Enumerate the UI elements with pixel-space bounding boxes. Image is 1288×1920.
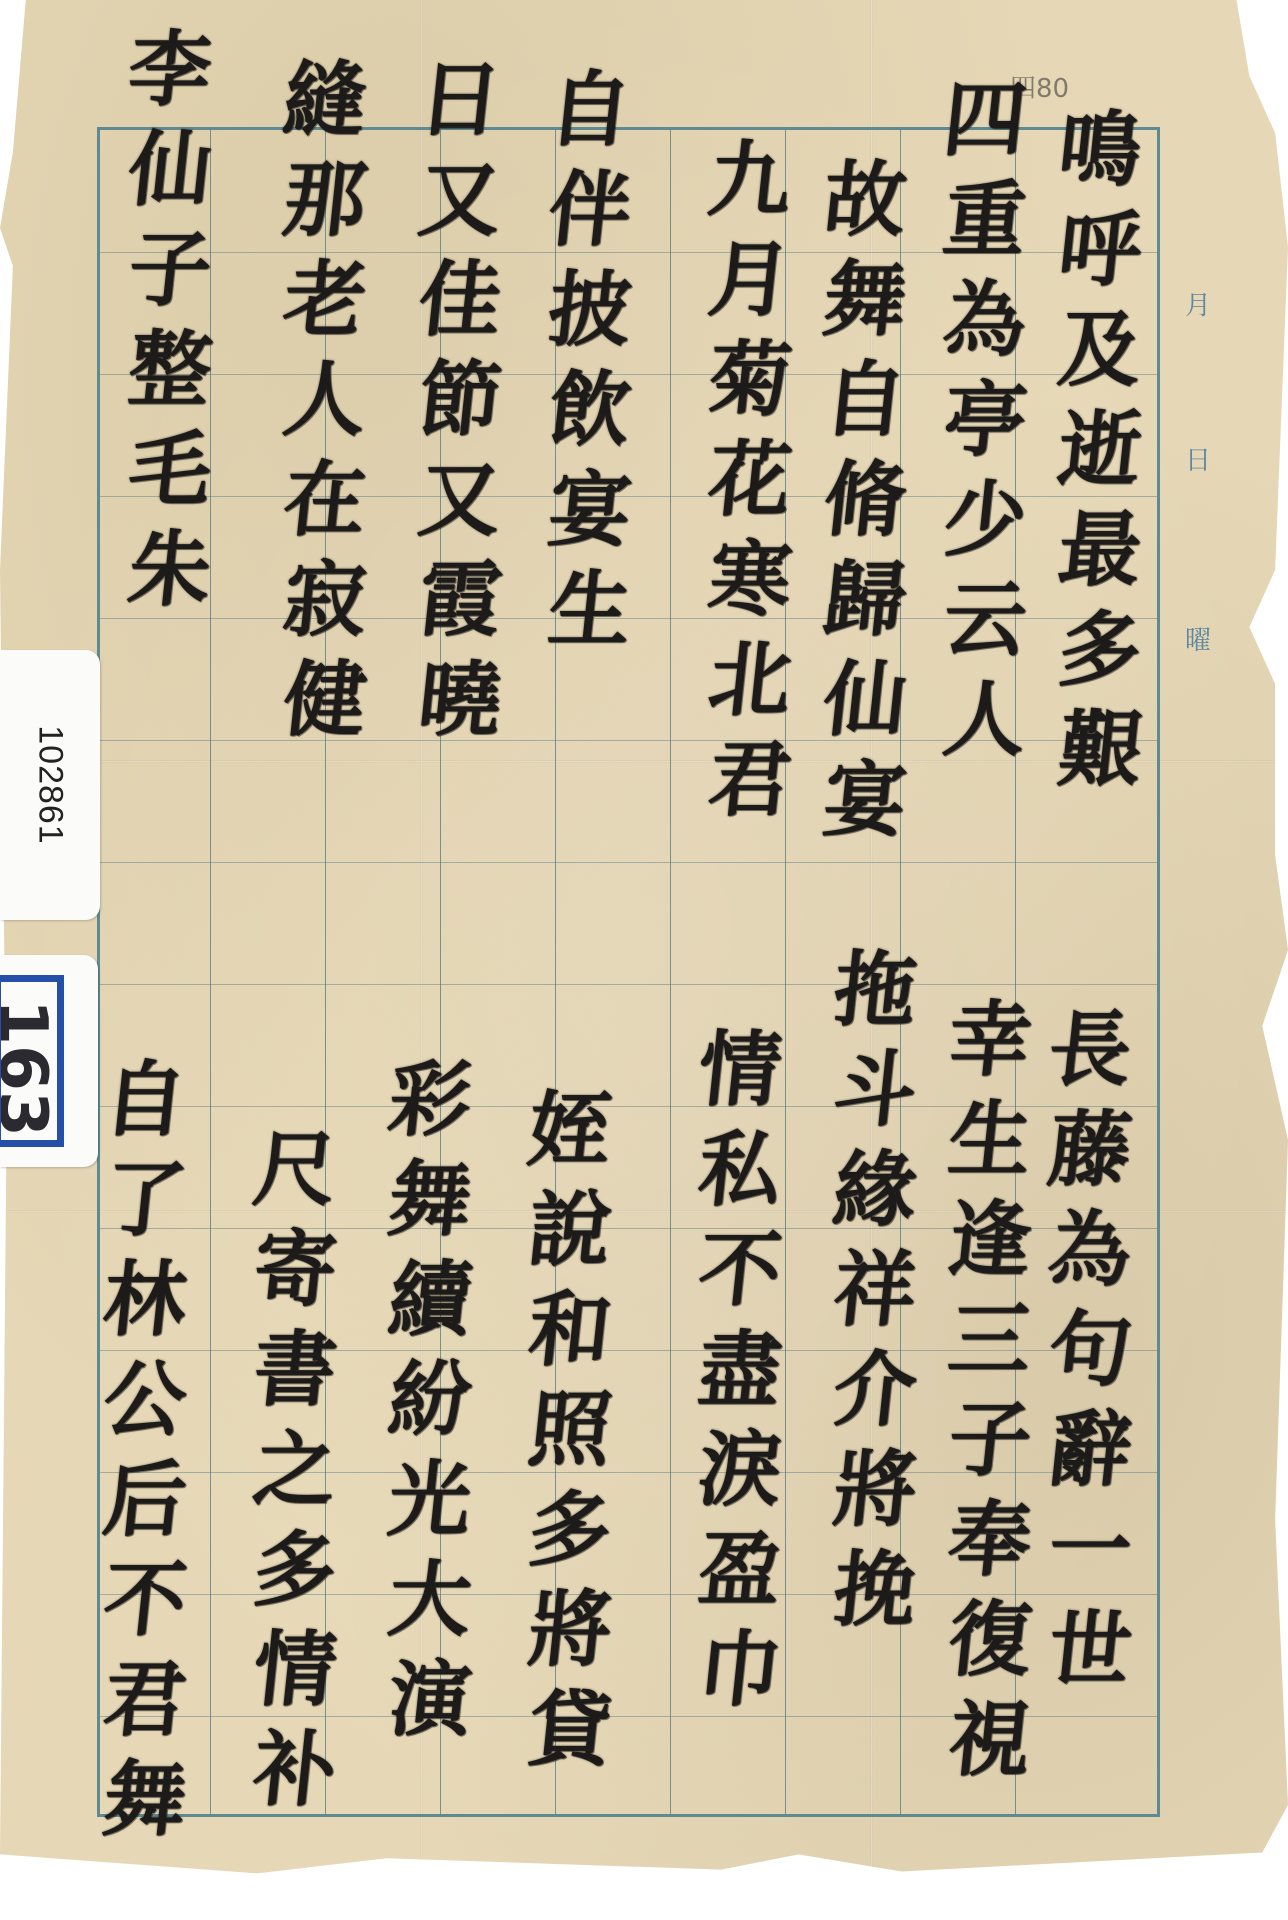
- handwritten-character: 奉: [944, 1490, 1037, 1590]
- handwritten-character: 自: [819, 350, 912, 450]
- handwritten-character: 縫: [279, 50, 372, 150]
- handwritten-character: 舞: [99, 1750, 192, 1850]
- handwritten-character: 將: [524, 1580, 617, 1680]
- handwritten-character: 斗: [829, 1040, 922, 1140]
- handwritten-character: 霞: [414, 550, 507, 650]
- handwritten-character: 日: [414, 50, 507, 150]
- handwritten-character: 情: [249, 1620, 342, 1720]
- handwritten-character: 多: [249, 1520, 342, 1620]
- handwritten-character: 幸: [944, 990, 1037, 1090]
- handwritten-column: 縫那老人在寂健: [275, 50, 375, 750]
- handwritten-column: 幸生逢三子奉復視: [940, 990, 1040, 1790]
- handwritten-character: 亭: [939, 370, 1032, 470]
- handwritten-character: 祥: [829, 1240, 922, 1340]
- paper-sheet: 四80 月 日 曜 鳴呼及逝最多艱 四重為亭少云人 故舞自脩歸仙宴 九月菊花寒北…: [0, 0, 1288, 1900]
- handwritten-character: 曉: [414, 650, 507, 750]
- handwritten-character: 貸: [524, 1680, 617, 1780]
- handwritten-character: 宴: [544, 460, 637, 560]
- handwritten-character: 仙: [819, 650, 912, 750]
- handwritten-character: 拖: [829, 940, 922, 1040]
- handwritten-column: 鳴呼及逝最多艱: [1050, 100, 1150, 800]
- handwritten-character: 一: [1044, 1500, 1137, 1600]
- handwritten-character: 在: [279, 450, 372, 550]
- item-number-label: 163: [0, 955, 98, 1167]
- handwritten-column: 情私不盡淚盈巾: [690, 1020, 790, 1720]
- handwritten-character: 情: [694, 1020, 787, 1120]
- handwritten-character: 多: [524, 1480, 617, 1580]
- handwritten-character: 李: [124, 20, 217, 120]
- handwritten-character: 花: [704, 430, 797, 530]
- handwritten-character: 最: [1054, 500, 1147, 600]
- handwritten-character: 又: [414, 450, 507, 550]
- handwritten-character: 和: [524, 1280, 617, 1380]
- handwritten-character: 長: [1044, 1000, 1137, 1100]
- handwritten-character: 盡: [694, 1320, 787, 1420]
- handwritten-character: 說: [524, 1180, 617, 1280]
- handwritten-character: 宴: [819, 750, 912, 850]
- handwritten-character: 脩: [819, 450, 912, 550]
- handwritten-character: 節: [414, 350, 507, 450]
- handwritten-character: 呼: [1054, 200, 1147, 300]
- handwritten-column: 尺寄書之多情补: [245, 1120, 345, 1820]
- handwritten-character: 巾: [694, 1620, 787, 1720]
- handwritten-character: 披: [544, 260, 637, 360]
- handwritten-character: 君: [704, 730, 797, 830]
- handwritten-column: 日又佳節又霞曉: [410, 50, 510, 750]
- handwritten-character: 菊: [704, 330, 797, 430]
- handwritten-column: 拖斗緣祥介將挽: [825, 940, 925, 1640]
- handwritten-character: 舞: [384, 1150, 477, 1250]
- handwritten-character: 不: [694, 1220, 787, 1320]
- handwritten-column: 四重為亭少云人: [935, 70, 1035, 770]
- handwritten-column: 李仙子整毛朱: [120, 20, 220, 620]
- handwritten-character: 后: [99, 1450, 192, 1550]
- handwritten-character: 那: [279, 150, 372, 250]
- handwritten-character: 大: [384, 1550, 477, 1650]
- handwritten-character: 鳴: [1054, 100, 1147, 200]
- handwritten-character: 緣: [829, 1140, 922, 1240]
- accession-label: 102861: [0, 650, 100, 920]
- handwritten-column: 彩舞續紛光大演: [380, 1050, 480, 1750]
- handwritten-character: 故: [819, 150, 912, 250]
- handwritten-character: 又: [414, 150, 507, 250]
- handwritten-character: 生: [944, 1090, 1037, 1190]
- grid-line: [100, 984, 1157, 985]
- handwritten-character: 辭: [1044, 1400, 1137, 1500]
- handwritten-column: 九月菊花寒北君: [700, 130, 800, 830]
- handwritten-character: 紛: [384, 1350, 477, 1450]
- handwritten-character: 伴: [544, 160, 637, 260]
- handwritten-character: 及: [1054, 300, 1147, 400]
- handwritten-character: 續: [384, 1250, 477, 1350]
- handwritten-character: 寂: [279, 550, 372, 650]
- handwritten-character: 整: [124, 320, 217, 420]
- handwritten-character: 朱: [124, 520, 217, 620]
- handwritten-character: 藤: [1044, 1100, 1137, 1200]
- handwritten-column: 自了林公后不君舞: [95, 1050, 195, 1850]
- item-number: 163: [0, 999, 62, 1137]
- handwritten-character: 仙: [124, 120, 217, 220]
- handwritten-column: 姪說和照多將貸: [520, 1080, 620, 1780]
- handwritten-column: 長藤為句辭一世: [1040, 1000, 1140, 1700]
- handwritten-character: 自: [544, 60, 637, 160]
- handwritten-character: 為: [939, 270, 1032, 370]
- handwritten-character: 私: [694, 1120, 787, 1220]
- handwritten-character: 為: [1044, 1200, 1137, 1300]
- handwritten-character: 句: [1044, 1300, 1137, 1400]
- handwritten-character: 逢: [944, 1190, 1037, 1290]
- handwritten-character: 林: [99, 1250, 192, 1350]
- handwritten-character: 佳: [414, 250, 507, 350]
- handwritten-character: 人: [279, 350, 372, 450]
- handwritten-character: 照: [524, 1380, 617, 1480]
- handwritten-character: 逝: [1054, 400, 1147, 500]
- handwritten-character: 北: [704, 630, 797, 730]
- handwritten-character: 不: [99, 1550, 192, 1650]
- handwritten-character: 多: [1054, 600, 1147, 700]
- handwritten-character: 公: [99, 1350, 192, 1450]
- handwritten-character: 艱: [1054, 700, 1147, 800]
- handwritten-character: 復: [944, 1590, 1037, 1690]
- handwritten-column: 故舞自脩歸仙宴: [815, 150, 915, 850]
- handwritten-character: 淚: [694, 1420, 787, 1520]
- accession-number: 102861: [31, 725, 70, 844]
- header-weekday-label: 曜: [1183, 620, 1213, 657]
- handwritten-character: 了: [99, 1150, 192, 1250]
- handwritten-character: 將: [829, 1440, 922, 1540]
- grid-line: [670, 130, 671, 1814]
- handwritten-character: 九: [704, 130, 797, 230]
- handwritten-character: 視: [944, 1690, 1037, 1790]
- handwritten-character: 君: [99, 1650, 192, 1750]
- handwritten-character: 書: [249, 1320, 342, 1420]
- handwritten-column: 自伴披飲宴生: [540, 60, 640, 660]
- header-day-label: 日: [1183, 440, 1213, 477]
- handwritten-character: 重: [939, 170, 1032, 270]
- handwritten-character: 子: [124, 220, 217, 320]
- handwritten-character: 挽: [829, 1540, 922, 1640]
- item-number-box: 163: [0, 975, 64, 1147]
- handwritten-character: 健: [279, 650, 372, 750]
- handwritten-character: 老: [279, 250, 372, 350]
- handwritten-character: 四: [939, 70, 1032, 170]
- grid-line: [100, 862, 1157, 863]
- handwritten-character: 寒: [704, 530, 797, 630]
- handwritten-character: 生: [544, 560, 637, 660]
- handwritten-character: 人: [939, 670, 1032, 770]
- handwritten-character: 月: [704, 230, 797, 330]
- handwritten-character: 寄: [249, 1220, 342, 1320]
- header-month-label: 月: [1183, 285, 1213, 322]
- handwritten-character: 三: [944, 1290, 1037, 1390]
- handwritten-character: 之: [249, 1420, 342, 1520]
- handwritten-character: 介: [829, 1340, 922, 1440]
- handwritten-character: 歸: [819, 550, 912, 650]
- handwritten-character: 尺: [249, 1120, 342, 1220]
- handwritten-character: 光: [384, 1450, 477, 1550]
- handwritten-character: 少: [939, 470, 1032, 570]
- handwritten-character: 云: [939, 570, 1032, 670]
- handwritten-character: 彩: [384, 1050, 477, 1150]
- handwritten-character: 子: [944, 1390, 1037, 1490]
- handwritten-character: 补: [249, 1720, 342, 1820]
- handwritten-character: 姪: [524, 1080, 617, 1180]
- handwritten-character: 世: [1044, 1600, 1137, 1700]
- handwritten-character: 舞: [819, 250, 912, 350]
- handwritten-character: 毛: [124, 420, 217, 520]
- handwritten-character: 飲: [544, 360, 637, 460]
- handwritten-character: 演: [384, 1650, 477, 1750]
- handwritten-character: 盈: [694, 1520, 787, 1620]
- handwritten-character: 自: [99, 1050, 192, 1150]
